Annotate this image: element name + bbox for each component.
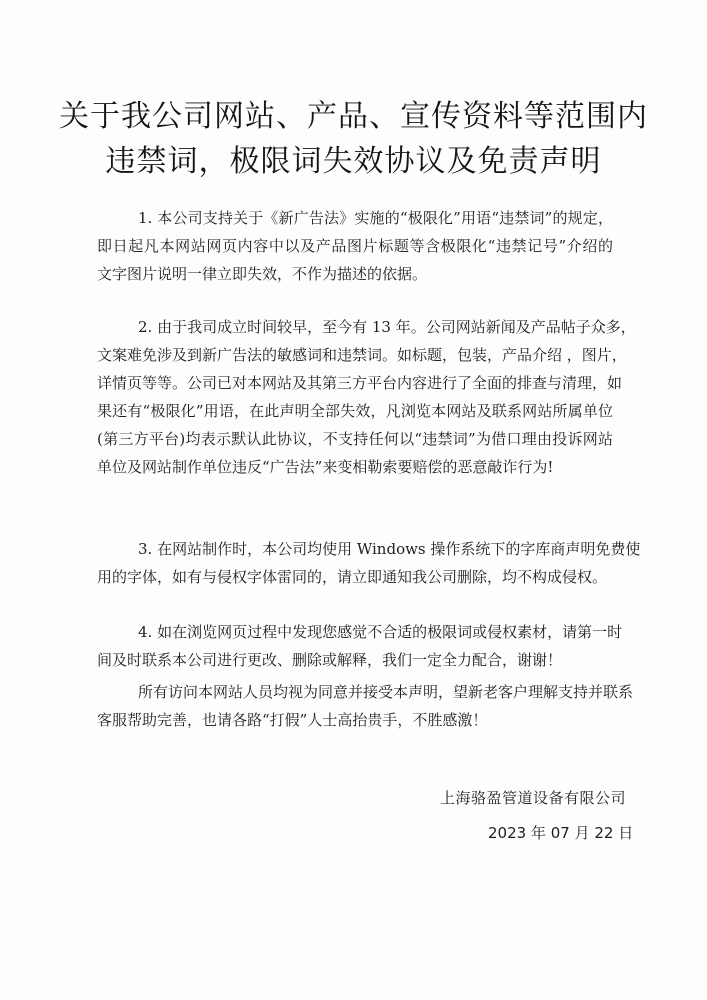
clause-3-line-2: 用的字体，如有与侵权字体雷同的，请立即通知我公司删除，均不构成侵权。 (97, 563, 613, 591)
clause-4: 4. 如在浏览网页过程中发现您感觉不合适的极限词或侵权素材，请第一时 间及时联系… (97, 618, 613, 674)
clause-1-line-2: 即日起凡本网站网页内容中以及产品图片标题等含极限化“违禁记号”介绍的 (97, 232, 613, 260)
clause-4-line-2: 间及时联系本公司进行更改、删除或解释，我们一定全力配合，谢谢！ (97, 646, 613, 674)
document-title-line-2: 违禁词，极限词失效协议及免责声明 (0, 142, 707, 182)
clause-2-line-3: 详情页等等。公司已对本网站及其第三方平台内容进行了全面的排查与清理，如 (97, 369, 613, 397)
document-title-line-1: 关于我公司网站、产品、宣传资料等范围内 (0, 97, 707, 137)
clause-1-line-3: 文字图片说明一律立即失效，不作为描述的依据。 (97, 260, 613, 288)
clause-3-line-1: 3. 在网站制作时，本公司均使用 Windows 操作系统下的字库商声明免费使 (97, 535, 613, 563)
clause-2-line-4: 果还有“极限化”用语，在此声明全部失效，凡浏览本网站及联系网站所属单位 (97, 397, 613, 425)
closing-statement-line-2: 客服帮助完善，也请各路“打假”人士高抬贵手，不胜感激！ (97, 706, 613, 734)
clause-2-line-2: 文案难免涉及到新广告法的敏感词和违禁词。如标题，包装，产品介绍 ，图片， (97, 341, 613, 369)
signature-date: 2023 年 07 月 22 日 (488, 822, 633, 843)
signature-company: 上海骆盈管道设备有限公司 (440, 787, 626, 808)
document-page: 关于我公司网站、产品、宣传资料等范围内 违禁词，极限词失效协议及免责声明 1. … (0, 0, 707, 1000)
clause-2-line-5: (第三方平台)均表示默认此协议，不支持任何以“违禁词”为借口理由投诉网站 (97, 425, 613, 453)
clause-4-line-1: 4. 如在浏览网页过程中发现您感觉不合适的极限词或侵权素材，请第一时 (97, 618, 613, 646)
clause-2-line-6: 单位及网站制作单位违反“广告法”来变相勒索要赔偿的恶意敲诈行为! (97, 453, 613, 481)
clause-1-line-1: 1. 本公司支持关于《新广告法》实施的“极限化”用语“违禁词”的规定， (97, 204, 613, 232)
clause-1: 1. 本公司支持关于《新广告法》实施的“极限化”用语“违禁词”的规定， 即日起凡… (97, 204, 613, 288)
closing-statement: 所有访问本网站人员均视为同意并接受本声明，望新老客户理解支持并联系 客服帮助完善… (97, 678, 613, 734)
clause-3: 3. 在网站制作时，本公司均使用 Windows 操作系统下的字库商声明免费使 … (97, 535, 613, 591)
clause-2-line-1: 2. 由于我司成立时间较早，至今有 13 年。公司网站新闻及产品帖子众多， (97, 313, 613, 341)
closing-statement-line-1: 所有访问本网站人员均视为同意并接受本声明，望新老客户理解支持并联系 (97, 678, 613, 706)
clause-2: 2. 由于我司成立时间较早，至今有 13 年。公司网站新闻及产品帖子众多， 文案… (97, 313, 613, 481)
